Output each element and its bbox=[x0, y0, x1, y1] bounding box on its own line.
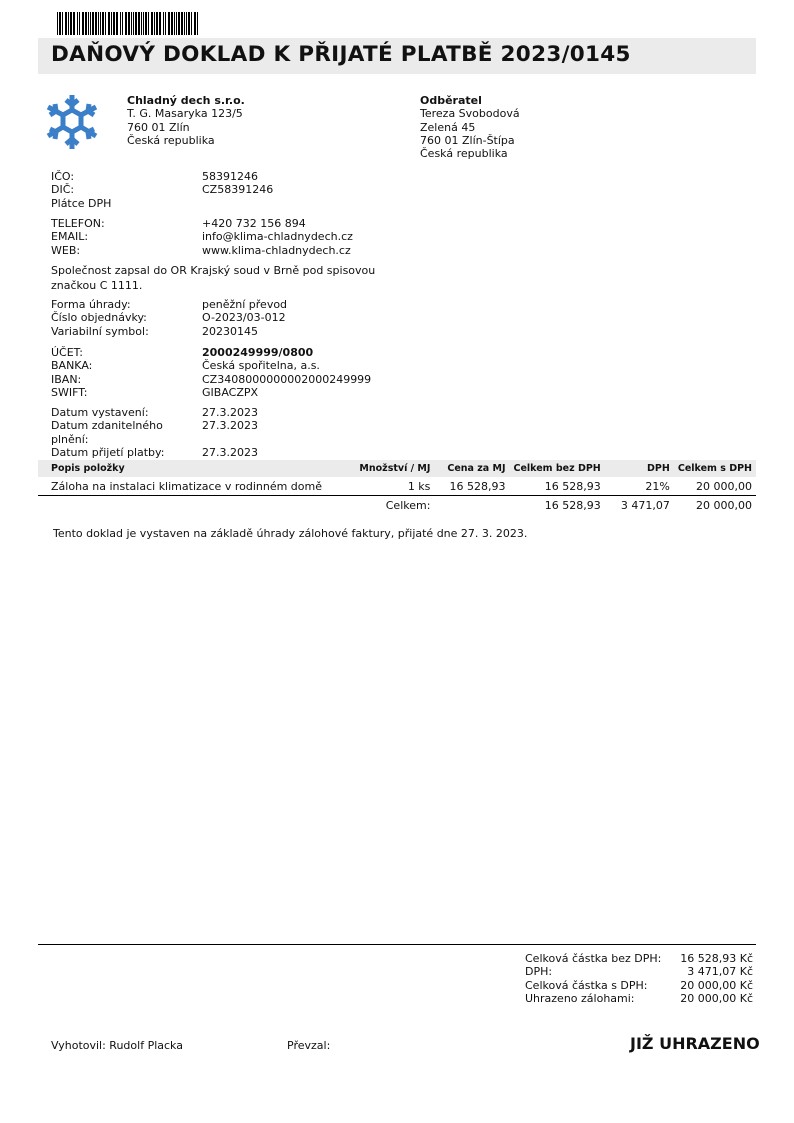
swift-value: GIBACZPX bbox=[202, 386, 258, 399]
item-total-without-vat: 16 528,93 bbox=[510, 477, 605, 496]
vs-label: Variabilní symbol: bbox=[51, 325, 202, 338]
item-vat-rate: 21% bbox=[605, 477, 674, 496]
received-by: Převzal: bbox=[287, 1039, 330, 1052]
paid-stamp: JIŽ UHRAZENO bbox=[630, 1034, 760, 1053]
bank-block: ÚČET:2000249999/0800 BANKA:Česká spořite… bbox=[51, 346, 371, 399]
iban-value: CZ3408000000002000249999 bbox=[202, 373, 371, 386]
barcode bbox=[57, 12, 199, 35]
col-total-without-vat: Celkem bez DPH bbox=[510, 460, 605, 477]
total-without-vat: 16 528,93 bbox=[510, 496, 605, 515]
web-value: www.klima-chladnydech.cz bbox=[202, 244, 351, 257]
customer-country: Česká republika bbox=[420, 147, 520, 160]
order-label: Číslo objednávky: bbox=[51, 311, 202, 324]
registration-note: Společnost zapsal do OR Krajský soud v B… bbox=[51, 264, 391, 293]
sum-paid-label: Uhrazeno zálohami: bbox=[525, 992, 635, 1005]
customer-heading: Odběratel bbox=[420, 94, 520, 107]
vs-value: 20230145 bbox=[202, 325, 258, 338]
customer-block: Odběratel Tereza Svobodová Zelená 45 760… bbox=[420, 94, 520, 160]
issued-label: Datum vystavení: bbox=[51, 406, 202, 419]
taxable-value: 27.3.2023 bbox=[202, 419, 258, 446]
col-vat: DPH bbox=[605, 460, 674, 477]
supplier-block: Chladný dech s.r.o. T. G. Masaryka 123/5… bbox=[127, 94, 245, 147]
customer-street: Zelená 45 bbox=[420, 121, 520, 134]
ids-block: IČO:58391246 DIČ:CZ58391246 Plátce DPH bbox=[51, 170, 273, 210]
col-description: Popis položky bbox=[38, 460, 355, 477]
col-quantity: Množství / MJ bbox=[355, 460, 434, 477]
method-value: peněžní převod bbox=[202, 298, 287, 311]
bank-label: BANKA: bbox=[51, 359, 202, 372]
sum-with-vat-label: Celková částka s DPH: bbox=[525, 979, 648, 992]
ico-value: 58391246 bbox=[202, 170, 258, 183]
footnote: Tento doklad je vystaven na základě úhra… bbox=[53, 527, 527, 540]
sum-with-vat: 20 000,00 Kč bbox=[680, 979, 753, 992]
ico-label: IČO: bbox=[51, 170, 202, 183]
sum-paid: 20 000,00 Kč bbox=[680, 992, 753, 1005]
swift-label: SWIFT: bbox=[51, 386, 202, 399]
issued-by: Vyhotovil: Rudolf Placka bbox=[51, 1039, 183, 1052]
total-label: Celkem: bbox=[355, 496, 434, 515]
bank-value: Česká spořitelna, a.s. bbox=[202, 359, 320, 372]
col-unit-price: Cena za MJ bbox=[434, 460, 509, 477]
dic-label: DIČ: bbox=[51, 183, 202, 196]
supplier-country: Česká republika bbox=[127, 134, 245, 147]
contact-block: TELEFON:+420 732 156 894 EMAIL:info@klim… bbox=[51, 217, 353, 257]
supplier-street: T. G. Masaryka 123/5 bbox=[127, 107, 245, 120]
email-value: info@klima-chladnydech.cz bbox=[202, 230, 353, 243]
dic-value: CZ58391246 bbox=[202, 183, 273, 196]
taxable-label: Datum zdanitelného plnění: bbox=[51, 419, 202, 446]
sum-without-vat-label: Celková částka bez DPH: bbox=[525, 952, 661, 965]
item-quantity: 1 ks bbox=[355, 477, 434, 496]
vat-payer: Plátce DPH bbox=[51, 197, 111, 210]
summary-block: Celková částka bez DPH:16 528,93 Kč DPH:… bbox=[525, 952, 753, 1005]
col-total-with-vat: Celkem s DPH bbox=[674, 460, 756, 477]
sum-vat-label: DPH: bbox=[525, 965, 552, 978]
phone-value: +420 732 156 894 bbox=[202, 217, 306, 230]
web-label: WEB: bbox=[51, 244, 202, 257]
account-label: ÚČET: bbox=[51, 346, 202, 359]
supplier-name: Chladný dech s.r.o. bbox=[127, 94, 245, 107]
payment-block: Forma úhrady:peněžní převod Číslo objedn… bbox=[51, 298, 287, 338]
item-total-with-vat: 20 000,00 bbox=[674, 477, 756, 496]
email-label: EMAIL: bbox=[51, 230, 202, 243]
issued-value: 27.3.2023 bbox=[202, 406, 258, 419]
method-label: Forma úhrady: bbox=[51, 298, 202, 311]
snowflake-icon bbox=[45, 94, 99, 150]
items-table: Popis položky Množství / MJ Cena za MJ C… bbox=[38, 460, 756, 514]
supplier-city: 760 01 Zlín bbox=[127, 121, 245, 134]
customer-city: 760 01 Zlín-Štípa bbox=[420, 134, 520, 147]
item-description: Záloha na instalaci klimatizace v rodinn… bbox=[38, 477, 355, 496]
table-header-row: Popis položky Množství / MJ Cena za MJ C… bbox=[38, 460, 756, 477]
document-title: DAŇOVÝ DOKLAD K PŘIJATÉ PLATBĚ 2023/0145 bbox=[51, 42, 631, 67]
account-value: 2000249999/0800 bbox=[202, 346, 313, 359]
received-value: 27.3.2023 bbox=[202, 446, 258, 459]
dates-block: Datum vystavení:27.3.2023 Datum zdanitel… bbox=[51, 406, 258, 459]
order-value: O-2023/03-012 bbox=[202, 311, 286, 324]
phone-label: TELEFON: bbox=[51, 217, 202, 230]
customer-name: Tereza Svobodová bbox=[420, 107, 520, 120]
sum-vat: 3 471,07 Kč bbox=[687, 965, 753, 978]
iban-label: IBAN: bbox=[51, 373, 202, 386]
item-unit-price: 16 528,93 bbox=[434, 477, 509, 496]
table-total-row: Celkem: 16 528,93 3 471,07 20 000,00 bbox=[38, 496, 756, 515]
divider bbox=[38, 944, 756, 945]
total-with-vat: 20 000,00 bbox=[674, 496, 756, 515]
sum-without-vat: 16 528,93 Kč bbox=[680, 952, 753, 965]
total-vat: 3 471,07 bbox=[605, 496, 674, 515]
received-label: Datum přijetí platby: bbox=[51, 446, 202, 459]
table-row: Záloha na instalaci klimatizace v rodinn… bbox=[38, 477, 756, 496]
